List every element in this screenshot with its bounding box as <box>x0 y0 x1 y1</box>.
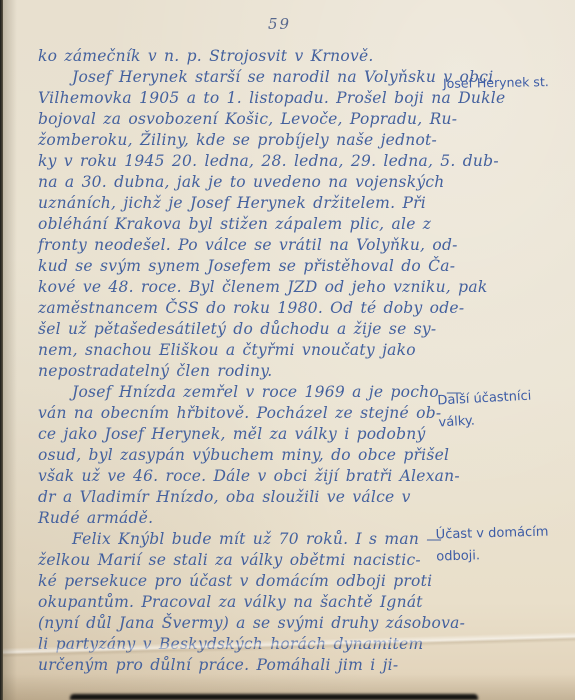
text-line: osud, byl zasypán výbuchem miny, do obce… <box>38 445 468 466</box>
text-line: kud se svým synem Josefem se přistěhoval… <box>38 256 468 277</box>
text-line: Josef Herynek starší se narodil na Volyň… <box>38 67 468 88</box>
text-line: žomberoku, Žiliny, kde se probíjely naše… <box>38 130 468 151</box>
page-number: 59 <box>268 15 291 33</box>
margin-note-line: války. <box>438 408 533 435</box>
margin-note-line: odboji. <box>436 544 549 569</box>
text-line: Josef Hnízda zemřel v roce 1969 a je poc… <box>38 382 468 403</box>
page-gutter-shadow <box>3 0 17 700</box>
manuscript-text: ko zámečník v n. p. Strojosvit v Krnově.… <box>38 46 468 676</box>
margin-note-josef-herynek: Josef Herynek st. <box>443 71 549 95</box>
text-line: na a 30. dubna, jak je to uvedeno na voj… <box>38 172 468 193</box>
text-line: (nyní důl Jana Švermy) a se svými druhy … <box>38 613 468 634</box>
text-line: ky v roku 1945 20. ledna, 28. ledna, 29.… <box>38 151 468 172</box>
text-line: ce jako Josef Herynek, měl za války i po… <box>38 424 468 445</box>
text-line: nepostradatelný člen rodiny. <box>38 361 468 382</box>
text-line: nem, snachou Eliškou a čtyřmi vnoučaty j… <box>38 340 468 361</box>
margin-note-dalsi-ucastnici: Další účastníci války. <box>437 386 533 435</box>
text-line: dr a Vladimír Hnízdo, oba sloužili ve vá… <box>38 487 468 508</box>
text-line: kové ve 48. roce. Byl členem JZD od jeho… <box>38 277 468 298</box>
text-line: želkou Marií se stali za války obětmi na… <box>38 550 468 571</box>
text-line: šel už pětašedesátiletý do důchodu a žij… <box>38 319 468 340</box>
text-line: bojoval za osvobození Košic, Levoče, Pop… <box>38 109 468 130</box>
text-line: fronty neodešel. Po válce se vrátil na V… <box>38 235 468 256</box>
text-line: ván na obecním hřbitově. Pocházel ze ste… <box>38 403 468 424</box>
notebook-page: 59 ko zámečník v n. p. Strojosvit v Krno… <box>0 0 575 700</box>
text-line: ké persekuce pro účast v domácím odboji … <box>38 571 468 592</box>
text-line: určeným pro důlní práce. Pomáhali jim i … <box>38 655 468 676</box>
margin-note-ucast-v-odboji: Účast v domácím odboji. <box>435 522 549 569</box>
text-line: okupantům. Pracoval za války na šachtě I… <box>38 592 468 613</box>
text-line: obléhání Krakova byl stižen zápalem plic… <box>38 214 468 235</box>
margin-note-line: Účast v domácím <box>435 522 548 547</box>
text-line: však už ve 46. roce. Dále v obci žijí br… <box>38 466 468 487</box>
text-line: Rudé armádě. <box>38 508 468 529</box>
page-bottom-shadow <box>70 694 478 700</box>
text-line: Felix Knýbl bude mít už 70 roků. I s man… <box>38 529 468 550</box>
text-line: ko zámečník v n. p. Strojosvit v Krnově. <box>38 46 468 67</box>
text-line: zaměstnancem ČSS do roku 1980. Od té dob… <box>38 298 468 319</box>
text-line: uznáních, jichž je Josef Herynek držitel… <box>38 193 468 214</box>
text-line: Vilhemovka 1905 a to 1. listopadu. Proše… <box>38 88 468 109</box>
